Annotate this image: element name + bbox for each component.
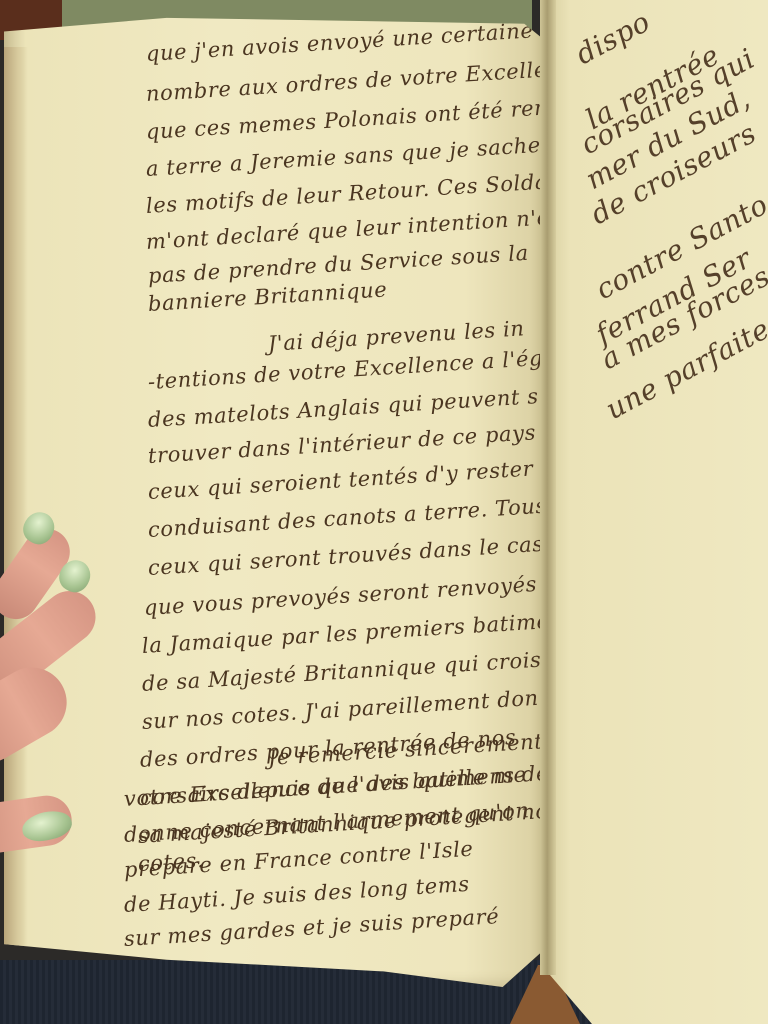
left-line: ceux qui seront trouvés dans le cas	[147, 532, 544, 580]
right-line: dispo	[570, 5, 655, 71]
right-page: dispo la rentrée corsaires qui mer du Su…	[548, 0, 768, 1024]
left-line: que j'en avois envoyé une certaine	[145, 18, 534, 66]
book-gutter	[540, 0, 556, 975]
